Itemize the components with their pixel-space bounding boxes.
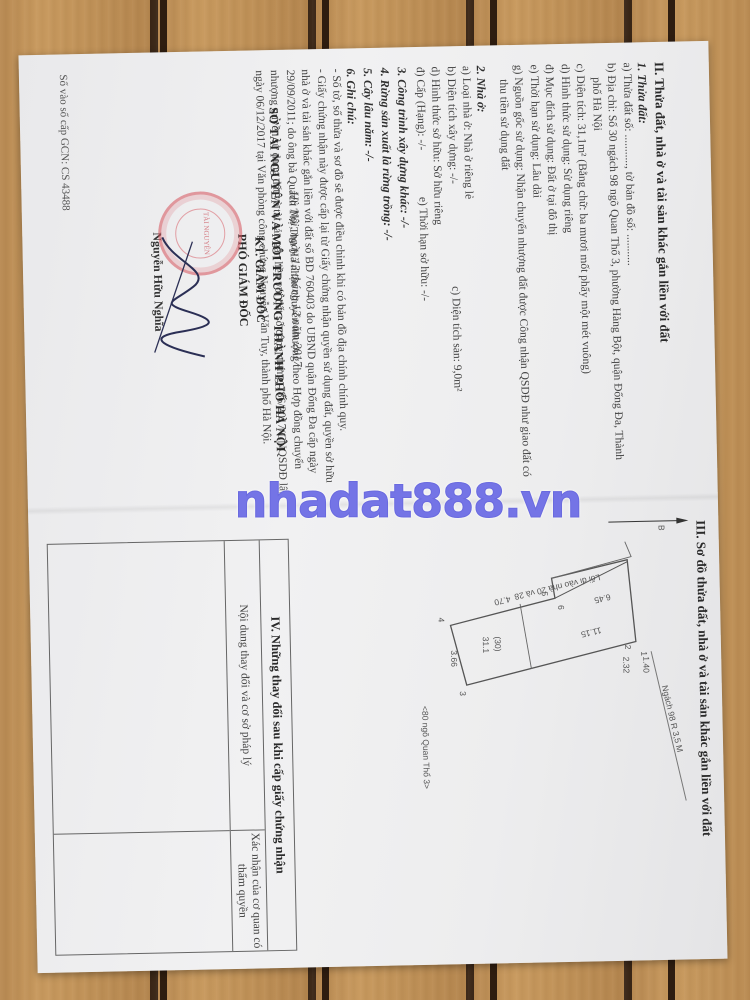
parcel-area: 31.1 (481, 637, 491, 654)
section-diagram-changes: III. Sơ đồ thửa đất, nhà ở và tài sản kh… (28, 500, 727, 973)
change-content-cell (48, 541, 230, 835)
section-land-house: II. Thửa đất, nhà ở và tài sản khác gắn … (18, 41, 717, 514)
land-info: II. Thửa đất, nhà ở và tài sản khác gắn … (250, 62, 675, 501)
authority-confirmation-cell (54, 831, 232, 955)
col-change-content: Nội dung thay đổi và cơ sở pháp lý (225, 540, 265, 831)
parcel-number: (30) (493, 636, 503, 651)
col-authority-confirmation: Xác nhận của cơ quan có thẩm quyền (231, 830, 268, 951)
changes-table-body (48, 541, 233, 955)
edge-3-66: 3.66 (449, 650, 459, 667)
point-3: 3 (458, 691, 468, 696)
registry-number: Số vào sổ cấp GCN: CS 43488 (57, 74, 72, 211)
point-2: 2 (623, 645, 633, 650)
parcel-diagram: Ngách 98 R 3,5 M Lối đi vào nhà 20 và 28… (398, 500, 728, 966)
watermark-text: nhadat888.vn (208, 474, 608, 528)
signature-scribble (142, 231, 235, 363)
point-6: 6 (556, 605, 566, 610)
edge-1-40: 1.40 (641, 656, 651, 673)
north-arrow-label: B (656, 525, 666, 531)
edge-11-15: 11.15 (580, 625, 603, 640)
point-5: 5 (540, 591, 550, 596)
edge-6-45: 6.45 (593, 592, 612, 606)
edge-2-32: 2.32 (621, 657, 631, 674)
road-bottom-label: <80 ngõ Quan Thổ 3> (420, 706, 432, 789)
edge-4-70: 4.70 (493, 594, 512, 608)
changes-table: IV. Những thay đổi sau khi cấp giấy chứn… (47, 539, 298, 956)
point-4: 4 (436, 617, 446, 622)
